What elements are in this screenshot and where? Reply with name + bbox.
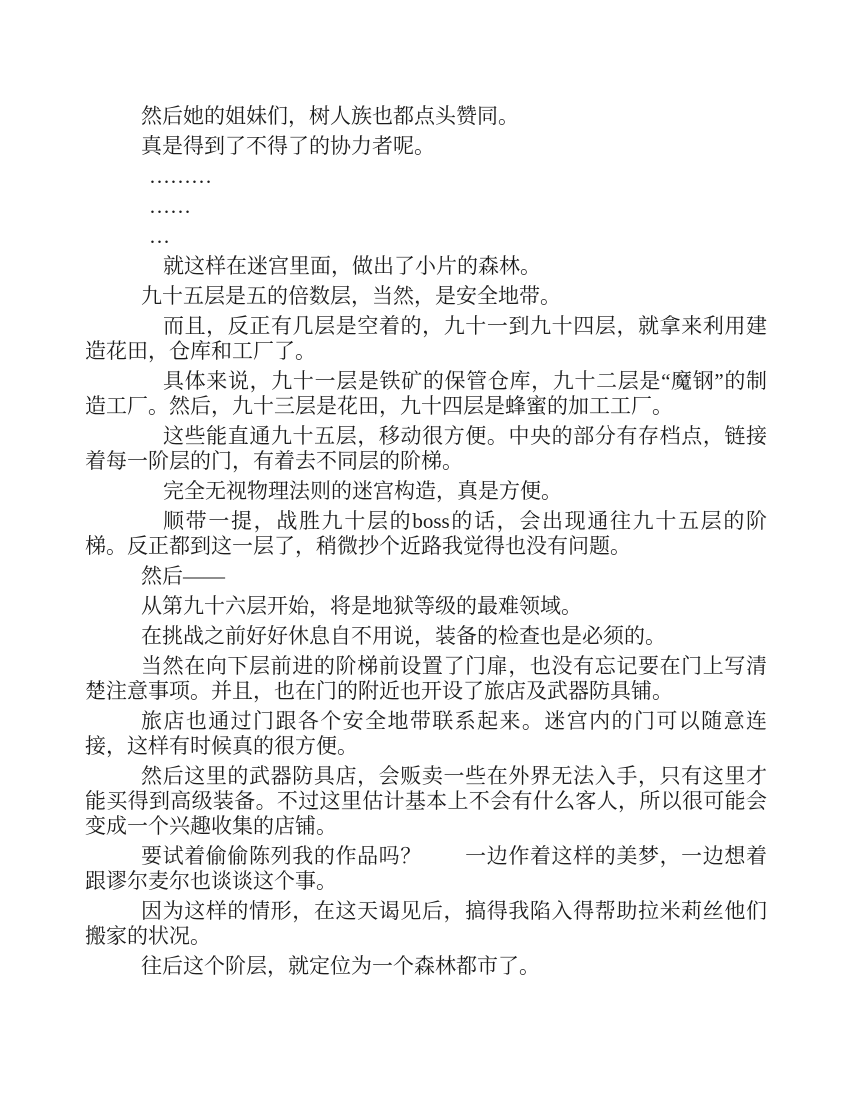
paragraph: 就这样在迷宫里面，做出了小片的森林。 [85, 254, 767, 279]
paragraph: 而且，反正有几层是空着的，九十一到九十四层，就拿来利用建造花田，仓库和工厂了。 [85, 314, 767, 364]
paragraph: 然后—— [85, 564, 767, 589]
paragraph: 顺带一提，战胜九十层的boss的话，会出现通往九十五层的阶梯。反正都到这一层了，… [85, 509, 767, 559]
paragraph: 从第九十六层开始，将是地狱等级的最难领域。 [85, 594, 767, 619]
paragraph: 真是得到了不得了的协力者呢。 [85, 134, 767, 159]
paragraph: 具体来说，九十一层是铁矿的保管仓库，九十二层是“魔钢”的制造工厂。然后，九十三层… [85, 369, 767, 419]
paragraph: 然后这里的武器防具店，会贩卖一些在外界无法入手，只有这里才能买得到高级装备。不过… [85, 764, 767, 839]
ellipsis-line: …… [85, 194, 767, 219]
paragraph: 然后她的姐妹们，树人族也都点头赞同。 [85, 104, 767, 129]
paragraph: 完全无视物理法则的迷宫构造，真是方便。 [85, 479, 767, 504]
paragraph: 因为这样的情形，在这天谒见后，搞得我陷入得帮助拉米莉丝他们搬家的状况。 [85, 899, 767, 949]
paragraph: 九十五层是五的倍数层，当然，是安全地带。 [85, 284, 767, 309]
paragraph: 这些能直通九十五层，移动很方便。中央的部分有存档点，链接着每一阶层的门，有着去不… [85, 424, 767, 474]
paragraph: 当然在向下层前进的阶梯前设置了门扉，也没有忘记要在门上写清楚注意事项。并且，也在… [85, 654, 767, 704]
document-page: 然后她的姐妹们，树人族也都点头赞同。 真是得到了不得了的协力者呢。 ……… ……… [0, 0, 850, 1100]
ellipsis-line: ……… [85, 164, 767, 189]
paragraph: 旅店也通过门跟各个安全地带联系起来。迷宫内的门可以随意连接，这样有时候真的很方便… [85, 709, 767, 759]
paragraph: 要试着偷偷陈列我的作品吗？ 一边作着这样的美梦，一边想着跟谬尔麦尔也谈谈这个事。 [85, 844, 767, 894]
page-text-body: 然后她的姐妹们，树人族也都点头赞同。 真是得到了不得了的协力者呢。 ……… ……… [85, 104, 767, 984]
paragraph: 在挑战之前好好休息自不用说，装备的检查也是必须的。 [85, 624, 767, 649]
paragraph: 往后这个阶层，就定位为一个森林都市了。 [85, 954, 767, 979]
ellipsis-line: … [85, 224, 767, 249]
